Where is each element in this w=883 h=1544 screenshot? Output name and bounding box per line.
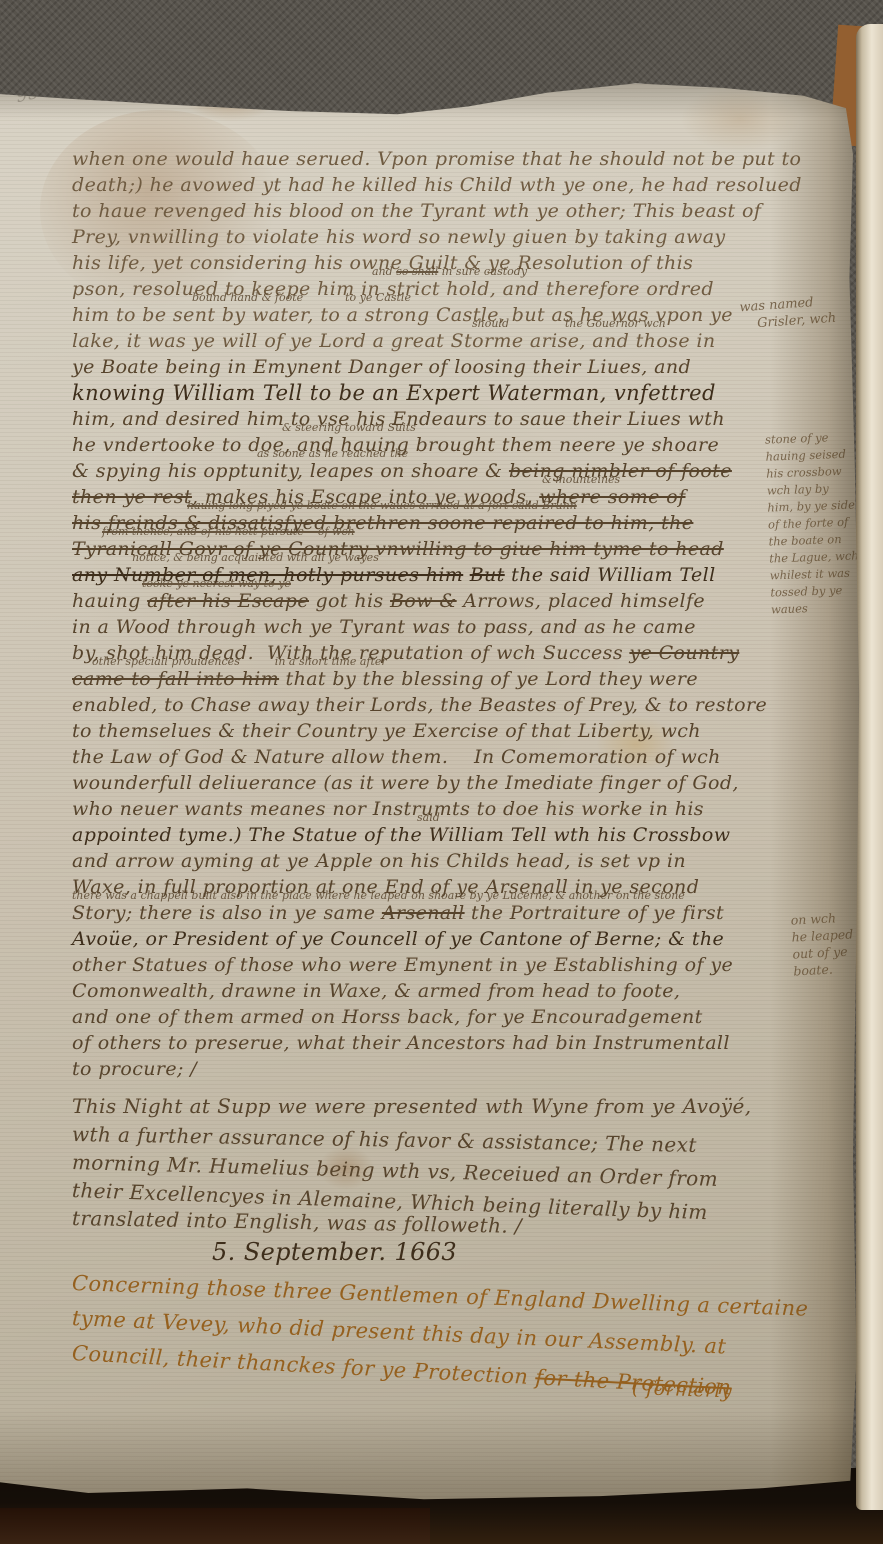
manuscript-line: other Statues of those who were Emynent …	[72, 952, 842, 978]
manuscript-line: hauing after his Escape got his Bow & Ar…	[72, 588, 842, 614]
manuscript-line: when one would haue serued. Vpon promise…	[72, 146, 842, 172]
manuscript-line: and one of them armed on Horss back, for…	[72, 1004, 842, 1030]
manuscript-line: who neuer wants meanes nor Instrumts to …	[72, 796, 842, 822]
manuscript-line: him, and desired him to vse his Endeaurs…	[72, 406, 842, 432]
manuscript-line: Prey, vnwilling to violate his word so n…	[72, 224, 842, 250]
manuscript-line: knowing William Tell to be an Expert Wat…	[72, 380, 842, 406]
manuscript-line: came to fall into him that by the blessi…	[72, 666, 842, 692]
manuscript-line: pson, resolued to keepe him in strict ho…	[72, 276, 842, 302]
manuscript-line: the Law of God & Nature allow them. In C…	[72, 744, 842, 770]
manuscript-photo: 95 when one would haue serued. Vpon prom…	[0, 0, 883, 1544]
manuscript-line: enabled, to Chase away their Lords, the …	[72, 692, 842, 718]
manuscript-line: Story; there is also in ye same Arsenall…	[72, 900, 842, 926]
manuscript-line: to themselues & their Country ye Exercis…	[72, 718, 842, 744]
manuscript-line: and arrow ayming at ye Apple on his Chil…	[72, 848, 842, 874]
manuscript-line: of others to preserue, what their Ancest…	[72, 1030, 842, 1056]
manuscript-text: when one would haue serued. Vpon promise…	[72, 146, 842, 1406]
manuscript-line: he vndertooke to doe, and hauing brought…	[72, 432, 842, 458]
manuscript-line: This Night at Supp we were presented wth…	[72, 1092, 842, 1120]
manuscript-line: wounderfull deliuerance (as it were by t…	[72, 770, 842, 796]
manuscript-line: death;) he avowed yt had he killed his C…	[72, 172, 842, 198]
wood-floor	[0, 1508, 430, 1544]
manuscript-line: appointed tyme.) The Statue of the Willi…	[72, 822, 842, 848]
gutter-shadow	[770, 70, 860, 1490]
manuscript-line: & spying his opptunity, leapes on shoare…	[72, 458, 842, 484]
manuscript-line: to procure; /	[72, 1056, 842, 1082]
manuscript-line: lake, it was ye will of ye Lord a great …	[72, 328, 842, 354]
bottom-edge-shadow	[0, 1408, 860, 1500]
manuscript-line: in a Wood through wch ye Tyrant was to p…	[72, 614, 842, 640]
manuscript-line: Comonwealth, drawne in Waxe, & armed fro…	[72, 978, 842, 1004]
manuscript-line: ye Boate being in Emynent Danger of loos…	[72, 354, 842, 380]
manuscript-line: to haue revenged his blood on the Tyrant…	[72, 198, 842, 224]
manuscript-line: him to be sent by water, to a strong Cas…	[72, 302, 842, 328]
facing-page-edge	[856, 24, 883, 1510]
page-paper: 95 when one would haue serued. Vpon prom…	[0, 0, 883, 1544]
manuscript-line: Avoüe, or President of ye Councell of ye…	[72, 926, 842, 952]
